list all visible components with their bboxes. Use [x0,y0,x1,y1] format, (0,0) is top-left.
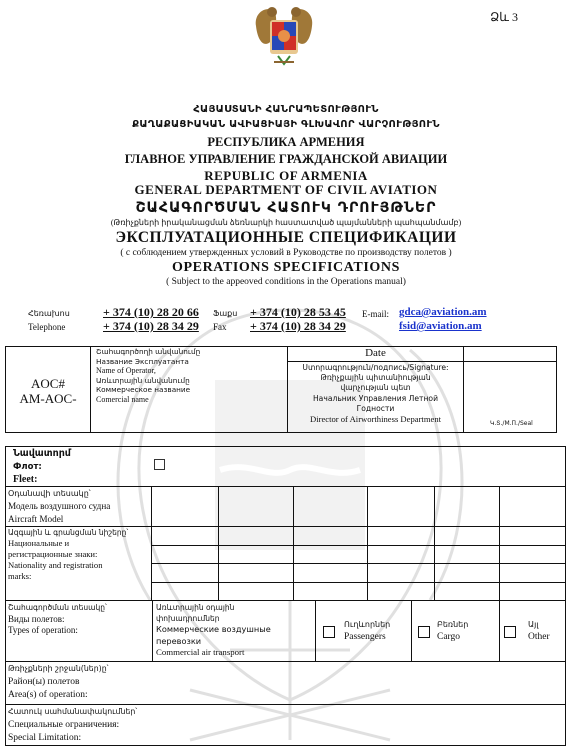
passengers-en: Passengers [344,631,390,643]
aircraft-model-arm: Օդանավի տեսակը՝ [8,487,150,500]
header-arm-line2: ՔԱՂԱՔԱՑԻԱԿԱՆ ԱՎԻԱՑԻԱՅԻ ԳԼԽԱՎՈՐ ՎԱՐՉՈՒԹՅՈ… [0,119,572,130]
divider [315,600,316,661]
commercial-label-ru: Коммерческое название [96,385,286,395]
telephone-2: + 374 (10) 28 34 29 [103,319,199,334]
header-en-line2: GENERAL DEPARTMENT OF CIVIL AVIATION [0,182,572,198]
commercial-ru-1: Коммерческие воздушные [156,624,314,635]
commercial-label-en: Comercial name [96,395,286,405]
cargo-en: Cargo [437,631,468,643]
commercial-en: Commercial air transport [156,647,314,658]
fleet-label-arm: Նավատորմ [13,448,71,459]
date-label: Date [288,347,463,359]
email-link-gdca[interactable]: gdca@aviation.am [399,306,487,318]
fax-1: + 374 (10) 28 53 45 [250,305,346,320]
fleet-checkbox[interactable] [154,459,165,470]
header-ru-line1: РЕСПУБЛИКА АРМЕНИЯ [0,135,572,150]
fax-2: + 374 (10) 28 34 29 [250,319,346,334]
title-en-sub: ( Subject to the appeoved conditions in … [0,277,572,287]
title-ru: ЭКСПЛУАТАЦИОННЫЕ СПЕЦИФИКАЦИИ [0,229,572,247]
commercial-arm-1: Առևտրային օդային [156,602,314,613]
passengers-arm: Ուղևորներ [344,619,390,631]
special-limitations-field[interactable]: Հատուկ սահմանափակումներ՝ Специальные огр… [8,705,558,746]
commercial-label-arm: Առևտրային անվանումը [96,376,286,386]
signature-label: Ստորագրություն/подпись/Signature: [288,363,463,373]
other-checkbox[interactable] [504,626,516,638]
registration-ru-2: регистрационные знаки: [8,549,150,560]
director-title-ru-2: Годности [288,404,463,414]
divider [463,346,464,432]
email-label: E-mail: [362,309,389,319]
area-en: Area(s) of operation: [8,689,558,703]
divider [287,361,556,362]
director-title-ru-1: Начальник Управления Летной [288,394,463,404]
fax-label-arm: Ֆաքս [213,309,237,318]
telephone-1: + 374 (10) 28 20 66 [103,305,199,320]
types-en: Types of operation: [8,625,150,637]
divider [411,600,412,661]
telephone-label-arm: Հեռախոս [28,309,70,318]
header-arm-line1: ՀԱՅԱՍՏԱՆԻ ՀԱՆՐԱՊԵՏՈՒԹՅՈՒՆ [0,104,572,115]
title-arm-sub: (Թռիչքների իրականացման ձեռնարկի հաստատվա… [0,218,572,227]
limitations-arm: Հատուկ սահմանափակումներ՝ [8,705,558,719]
cargo-option: Բեռներ Cargo [437,619,468,643]
registration-ru-1: Национальные и [8,538,150,549]
title-en: OPERATIONS SPECIFICATIONS [0,260,572,276]
commercial-transport-label: Առևտրային օդային փոխադրումներ Коммерческ… [156,602,314,658]
operator-label-arm: Շահագործողի անվանումը [96,347,286,357]
limitations-en: Special Limitation: [8,732,558,746]
types-ru: Виды полетов: [8,614,150,626]
director-title-arm-2: վարչության պետ [288,383,463,393]
cargo-arm: Բեռներ [437,619,468,631]
aoc-code: AM-AOC- [6,391,90,406]
area-arm: Թռիչքների շրջան(ներ)ը՝ [8,662,558,676]
other-option: Այլ Other [528,619,550,643]
telephone-label-en: Telephone [28,322,65,332]
coat-of-arms-emblem [252,4,316,70]
types-arm: Շահագործման տեսակը՝ [8,602,150,614]
commercial-arm-2: փոխադրումներ [156,613,314,624]
title-ru-sub: ( с соблюдением утвержденных условий в Р… [0,248,572,258]
aircraft-model-label: Օդանավի տեսակը՝ Модель воздушного судна … [8,487,150,526]
commercial-ru-2: перевозки [156,636,314,647]
operator-label-en: Name of Operator, [96,366,286,376]
header-ru-line2: ГЛАВНОЕ УПРАВЛЕНИЕ ГРАЖДАНСКОЙ АВИАЦИИ [0,152,572,167]
aircraft-model-cells[interactable] [152,487,565,525]
email-link-fsid[interactable]: fsid@aviation.am [399,320,482,332]
types-of-operation-label: Շահագործման տեսակը՝ Виды полетов: Types … [8,602,150,637]
signature-block: Ստորագրություն/подпись/Signature: Թռիչքա… [288,363,463,424]
divider [90,346,91,432]
fleet-label-ru: Флот: [13,462,42,472]
area-of-operation-field[interactable]: Թռիչքների շրջան(ներ)ը՝ Район(ы) полетов … [8,662,558,703]
limitations-ru: Специальные ограничения: [8,719,558,733]
divider [499,600,500,661]
registration-label: Ազգային և գրանցման նիշերը՝ Национальные … [8,527,150,582]
director-title-en: Director of Airworthiness Department [288,414,463,424]
registration-en-1: Nationality and registration [8,560,150,571]
registration-en-2: marks: [8,571,150,582]
operator-label-ru: Название Эксплуатанта [96,357,286,367]
area-ru: Район(ы) полетов [8,676,558,690]
registration-marks-cells[interactable] [152,527,565,599]
other-arm: Այլ [528,619,550,631]
registration-arm: Ազգային և գրանցման նիշերը՝ [8,527,150,538]
divider [5,600,565,601]
passengers-checkbox[interactable] [323,626,335,638]
seal-label: Կ.Տ./М.П./Seal [490,420,533,427]
form-number: Ձև 3 [490,10,518,25]
director-title-arm-1: Թռիչքային պիտանիության [288,373,463,383]
operator-name-labels: Շահագործողի անվանումը Название Эксплуата… [96,347,286,405]
aoc-number: AOC# AM-AOC- [6,376,90,406]
fleet-label-en: Fleet: [13,474,37,485]
aircraft-model-ru: Модель воздушного судна [8,500,150,513]
fax-label-en: Fax [213,322,227,332]
aoc-label: AOC# [6,376,90,391]
title-arm: ՇԱՀԱԳՈՐԾՄԱՆ ՀԱՏՈՒԿ ԴՐՈՒՅԹՆԵՐ [0,200,572,216]
passengers-option: Ուղևորներ Passengers [344,619,390,643]
cargo-checkbox[interactable] [418,626,430,638]
divider [152,600,153,661]
other-en: Other [528,631,550,643]
aircraft-model-en: Aircraft Model [8,513,150,526]
